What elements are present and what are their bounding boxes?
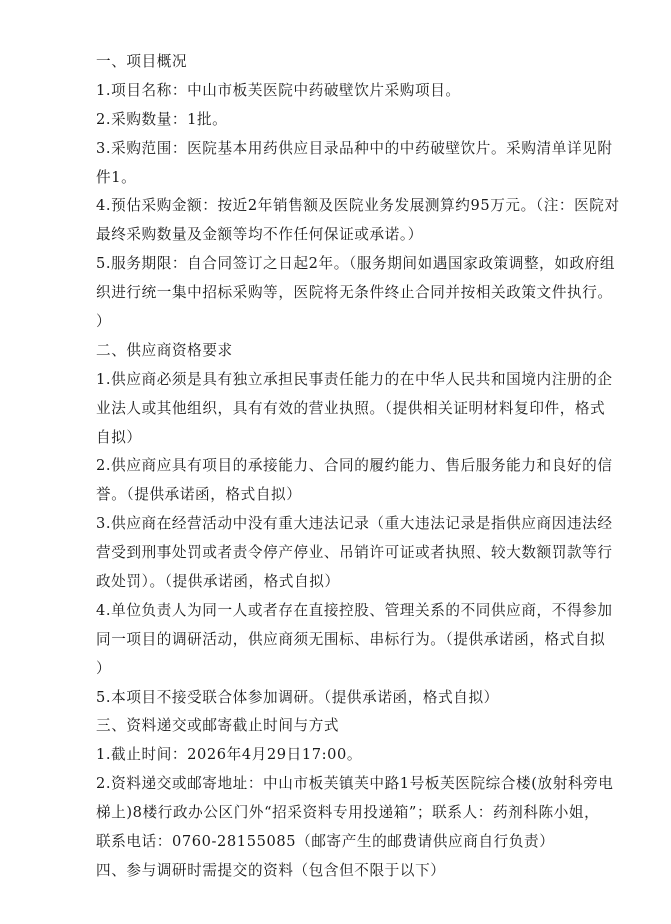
paragraph-line: 1.截止时间：2026年4月29日17:00。 — [96, 741, 616, 770]
paragraph-line: 联系电话：0760-28155085（邮寄产生的邮费请供应商自行负责） — [96, 828, 616, 857]
document-page: 一、项目概况 1.项目名称：中山市板芙医院中药破壁饮片采购项目。 2.采购数量：… — [0, 0, 671, 924]
paragraph-line: 政处罚）。（提供承诺函，格式自拟） — [96, 568, 616, 597]
paragraph-line: 4.单位负责人为同一人或者存在直接控股、管理关系的不同供应商，不得参加 — [96, 597, 616, 626]
paragraph-line: ） — [96, 655, 616, 684]
paragraph-line: 梯上)8楼行政办公区门外“招采资料专用投递箱”；联系人：药剂科陈小姐， — [96, 799, 616, 828]
paragraph-line: 2.采购数量：1批。 — [96, 106, 616, 135]
document-body: 一、项目概况 1.项目名称：中山市板芙医院中药破壁饮片采购项目。 2.采购数量：… — [96, 48, 616, 886]
paragraph-line: ） — [96, 308, 616, 337]
section-heading-submission: 三、资料递交或邮寄截止时间与方式 — [96, 712, 616, 741]
paragraph-line: 件1。 — [96, 164, 616, 193]
paragraph-line: 2.资料递交或邮寄地址：中山市板芙镇芙中路1号板芙医院综合楼(放射科旁电 — [96, 770, 616, 799]
section-heading-qualifications: 二、供应商资格要求 — [96, 337, 616, 366]
paragraph-line: 2.供应商应具有项目的承接能力、合同的履约能力、售后服务能力和良好的信 — [96, 452, 616, 481]
paragraph-line: 3.采购范围：医院基本用药供应目录品种中的中药破壁饮片。采购清单详见附 — [96, 135, 616, 164]
paragraph-line: 1.供应商必须是具有独立承担民事责任能力的在中华人民共和国境内注册的企 — [96, 366, 616, 395]
paragraph-line: 3.供应商在经营活动中没有重大违法记录（重大违法记录是指供应商因违法经 — [96, 510, 616, 539]
paragraph-line: 自拟） — [96, 424, 616, 453]
paragraph-line: 营受到刑事处罚或者责令停产停业、吊销许可证或者执照、较大数额罚款等行 — [96, 539, 616, 568]
paragraph-line: 4.预估采购金额：按近2年销售额及医院业务发展测算约95万元。（注：医院对 — [96, 192, 616, 221]
paragraph-line: 最终采购数量及金额等均不作任何保证或承诺。） — [96, 221, 616, 250]
paragraph-line: 同一项目的调研活动，供应商须无围标、串标行为。（提供承诺函，格式自拟 — [96, 626, 616, 655]
paragraph-line: 1.项目名称：中山市板芙医院中药破壁饮片采购项目。 — [96, 77, 616, 106]
section-heading-overview: 一、项目概况 — [96, 48, 616, 77]
paragraph-line: 5.服务期限：自合同签订之日起2年。（服务期间如遇国家政策调整，如政府组 — [96, 250, 616, 279]
section-heading-materials: 四、参与调研时需提交的资料（包含但不限于以下） — [96, 857, 616, 886]
paragraph-line: 5.本项目不接受联合体参加调研。（提供承诺函，格式自拟） — [96, 684, 616, 713]
paragraph-line: 业法人或其他组织，具有有效的营业执照。（提供相关证明材料复印件，格式 — [96, 395, 616, 424]
paragraph-line: 誉。（提供承诺函，格式自拟） — [96, 481, 616, 510]
paragraph-line: 织进行统一集中招标采购等，医院将无条件终止合同并按相关政策文件执行。 — [96, 279, 616, 308]
